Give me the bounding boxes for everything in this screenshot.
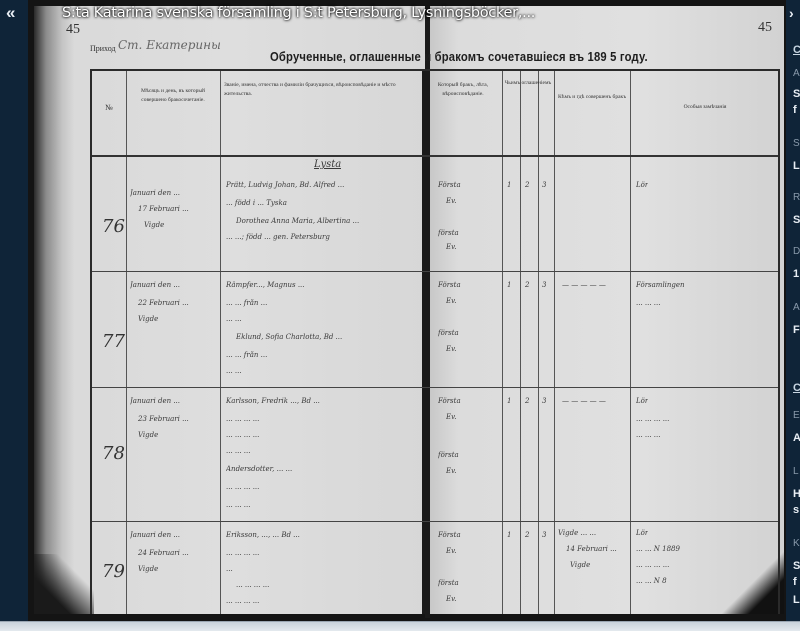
entry-date: Vigde xyxy=(144,221,164,229)
header-date: Мѣсяцъ и день, въ который совершено брак… xyxy=(128,87,218,105)
entry-person: ... ... ... xyxy=(226,447,250,455)
entry-remark: ... ... ... xyxy=(636,299,660,307)
entry-marriage: Ev. xyxy=(446,243,456,251)
panel-field-value: s xyxy=(793,504,799,516)
entry-marriage: Ev. xyxy=(446,467,456,475)
image-viewer[interactable]: 45 45 Приход Ст. Екатерины Обрученные, о… xyxy=(28,0,786,621)
entry-banns: 3 xyxy=(542,531,546,539)
bottom-toolbar xyxy=(0,621,800,631)
entry-marriage: Första xyxy=(438,281,461,289)
panel-field-label: E xyxy=(793,410,800,422)
header-marriage: Который бракъ, лѣта, вѣроисповѣданiе. xyxy=(426,81,500,99)
row-divider xyxy=(92,387,778,388)
entry-person: Dorothea Anna Maria, Albertina ... xyxy=(236,217,359,225)
entry-marriage: första xyxy=(438,329,459,337)
expand-panel-icon[interactable]: › xyxy=(789,6,794,20)
entry-person: ... ... ... ... xyxy=(226,549,259,557)
panel-field-value: F xyxy=(793,324,800,336)
entry-remark: Församlingen xyxy=(636,281,685,289)
entry-date: 23 Februari ... xyxy=(138,415,189,423)
entry-banns: 1 xyxy=(507,397,511,405)
entry-person: ... ... ... xyxy=(226,501,250,509)
document-title: S:ta Katarina svenska församling i S:t P… xyxy=(62,5,535,21)
register-title: Обрученные, оглашенные и бракомъ сочетав… xyxy=(270,50,648,64)
right-page-number: 45 xyxy=(758,20,772,36)
entry-officiant: Vigde ... ... xyxy=(558,529,596,537)
entry-number: 78 xyxy=(102,443,125,464)
entry-person: Prätt, Ludvig Johan, Bd. Alfred ... xyxy=(226,181,344,189)
panel-field-value: L xyxy=(793,594,800,606)
panel-field-value: H xyxy=(793,488,800,500)
row-divider xyxy=(92,521,778,522)
entry-date: Vigde xyxy=(138,565,158,573)
panel-field-label: K xyxy=(793,538,800,550)
column-divider xyxy=(554,71,555,614)
header-officiant: Кѣмъ и гдѣ совершенъ бракъ xyxy=(556,93,628,102)
panel-field-label: R xyxy=(793,192,800,204)
entry-person: ... ...; född ... gen. Petersburg xyxy=(226,233,330,241)
entry-marriage: Ev. xyxy=(446,197,456,205)
column-divider xyxy=(126,71,127,614)
entry-banns: 3 xyxy=(542,397,546,405)
entry-person: ... ... ... ... xyxy=(236,581,269,589)
section-heading: Lysta xyxy=(314,159,341,170)
panel-field-value: 1 xyxy=(793,268,799,280)
entry-person: ... ... xyxy=(226,367,242,375)
column-divider xyxy=(502,71,503,614)
entry-person: ... född i ... Tyska xyxy=(226,199,287,207)
panel-section-heading[interactable]: C xyxy=(793,44,800,56)
panel-field-value: f xyxy=(793,104,797,116)
entry-remark: Lör xyxy=(636,181,648,189)
entry-marriage: Ev. xyxy=(446,547,456,555)
entry-remark: ... ... N 8 xyxy=(636,577,667,585)
header-banns: Чьимъ оглашенiемъ xyxy=(502,79,554,88)
entry-banns: 2 xyxy=(525,281,529,289)
entry-person: ... ... från ... xyxy=(226,299,267,307)
header-persons: Званiе, имена, отчества и фамилiи брачущ… xyxy=(224,81,418,99)
register-book-spread: 45 45 Приход Ст. Екатерины Обрученные, о… xyxy=(34,6,784,618)
column-divider xyxy=(520,71,521,614)
panel-field-value: L xyxy=(793,160,800,172)
entry-person: Eriksson, ..., ... Bd ... xyxy=(226,531,300,539)
entry-officiant: 14 Februari ... xyxy=(566,545,617,553)
entry-officiant: Vigde xyxy=(570,561,590,569)
header-remarks: Особыя замѣчанiя xyxy=(632,103,778,112)
entry-marriage: första xyxy=(438,229,459,237)
entry-date: Januari den ... xyxy=(130,189,180,197)
entry-marriage: Ev. xyxy=(446,297,456,305)
entry-remark: ... ... ... ... xyxy=(636,415,669,423)
entry-date: 24 Februari ... xyxy=(138,549,189,557)
panel-field-label: L xyxy=(793,466,799,478)
entry-marriage: Första xyxy=(438,397,461,405)
entry-remark: Lör xyxy=(636,529,648,537)
entry-marriage: Ev. xyxy=(446,595,456,603)
entry-person: ... ... ... ... xyxy=(226,597,259,605)
entry-person: ... ... xyxy=(226,315,242,323)
entry-person: ... ... ... ... xyxy=(226,431,259,439)
entry-number: 76 xyxy=(102,216,125,237)
marriage-register-table: № Мѣсяцъ и день, въ который совершено бр… xyxy=(90,69,780,614)
left-page-number: 45 xyxy=(66,22,80,38)
entry-marriage: Första xyxy=(438,181,461,189)
panel-field-label: A xyxy=(793,68,800,80)
panel-field-label: A xyxy=(793,302,800,314)
entry-date: Vigde xyxy=(138,315,158,323)
panel-field-value: S xyxy=(793,214,800,226)
entry-banns: 1 xyxy=(507,181,511,189)
column-divider xyxy=(538,71,539,614)
entry-person: Andersdotter, ... ... xyxy=(226,465,292,473)
entry-number: 77 xyxy=(102,331,125,352)
entry-banns: 2 xyxy=(525,397,529,405)
header-divider xyxy=(92,155,778,157)
entry-date: Januari den ... xyxy=(130,397,180,405)
entry-person: ... xyxy=(226,565,233,573)
entry-banns: 3 xyxy=(542,281,546,289)
panel-field-value: S xyxy=(793,560,800,572)
entry-person: Eklund, Sofia Charlotta, Bd ... xyxy=(236,333,342,341)
entry-officiant: — — — — — xyxy=(562,281,606,289)
column-divider xyxy=(422,71,425,614)
entry-banns: 2 xyxy=(525,531,529,539)
entry-marriage: Första xyxy=(438,531,461,539)
entry-date: Vigde xyxy=(138,431,158,439)
entry-date: Januari den ... xyxy=(130,281,180,289)
column-divider xyxy=(630,71,631,614)
entry-marriage: Ev. xyxy=(446,345,456,353)
panel-field-value: S xyxy=(793,88,800,100)
panel-field-value: A xyxy=(793,432,800,444)
entry-person: Karlsson, Fredrik ..., Bd ... xyxy=(226,397,320,405)
entry-person: ... ... ... ... xyxy=(226,483,259,491)
panel-field-label: S xyxy=(793,138,800,150)
panel-section-heading[interactable]: C xyxy=(793,382,800,394)
entry-marriage: första xyxy=(438,451,459,459)
entry-remark: ... ... ... ... xyxy=(636,561,669,569)
header-number: № xyxy=(92,103,126,112)
entry-remark: ... ... N 1889 xyxy=(636,545,680,553)
entry-banns: 1 xyxy=(507,281,511,289)
entry-banns: 2 xyxy=(525,181,529,189)
entry-date: Januari den ... xyxy=(130,531,180,539)
entry-officiant: — — — — — xyxy=(562,397,606,405)
entry-number: 79 xyxy=(102,561,125,582)
row-divider xyxy=(92,271,778,272)
column-divider xyxy=(220,71,221,614)
entry-remark: ... ... ... xyxy=(636,431,660,439)
entry-banns: 1 xyxy=(507,531,511,539)
panel-field-value: f xyxy=(793,576,797,588)
entry-person: Rämpfer..., Magnus ... xyxy=(226,281,305,289)
entry-person: ... ... ... ... xyxy=(226,415,259,423)
entry-date: 22 Februari ... xyxy=(138,299,189,307)
entry-marriage: första xyxy=(438,579,459,587)
collapse-panel-icon[interactable]: « xyxy=(6,4,12,21)
parish-value: Ст. Екатерины xyxy=(118,38,221,52)
entry-banns: 3 xyxy=(542,181,546,189)
entry-date: 17 Februari ... xyxy=(138,205,189,213)
panel-field-label: D xyxy=(793,246,800,258)
parish-label: Приход xyxy=(90,44,116,53)
entry-remark: Lör xyxy=(636,397,648,405)
entry-person: ... ... från ... xyxy=(226,351,267,359)
entry-marriage: Ev. xyxy=(446,413,456,421)
left-rail: « xyxy=(0,0,28,621)
details-panel: › C A S f S L R S D 1 A F C E A L H s K … xyxy=(786,0,800,621)
